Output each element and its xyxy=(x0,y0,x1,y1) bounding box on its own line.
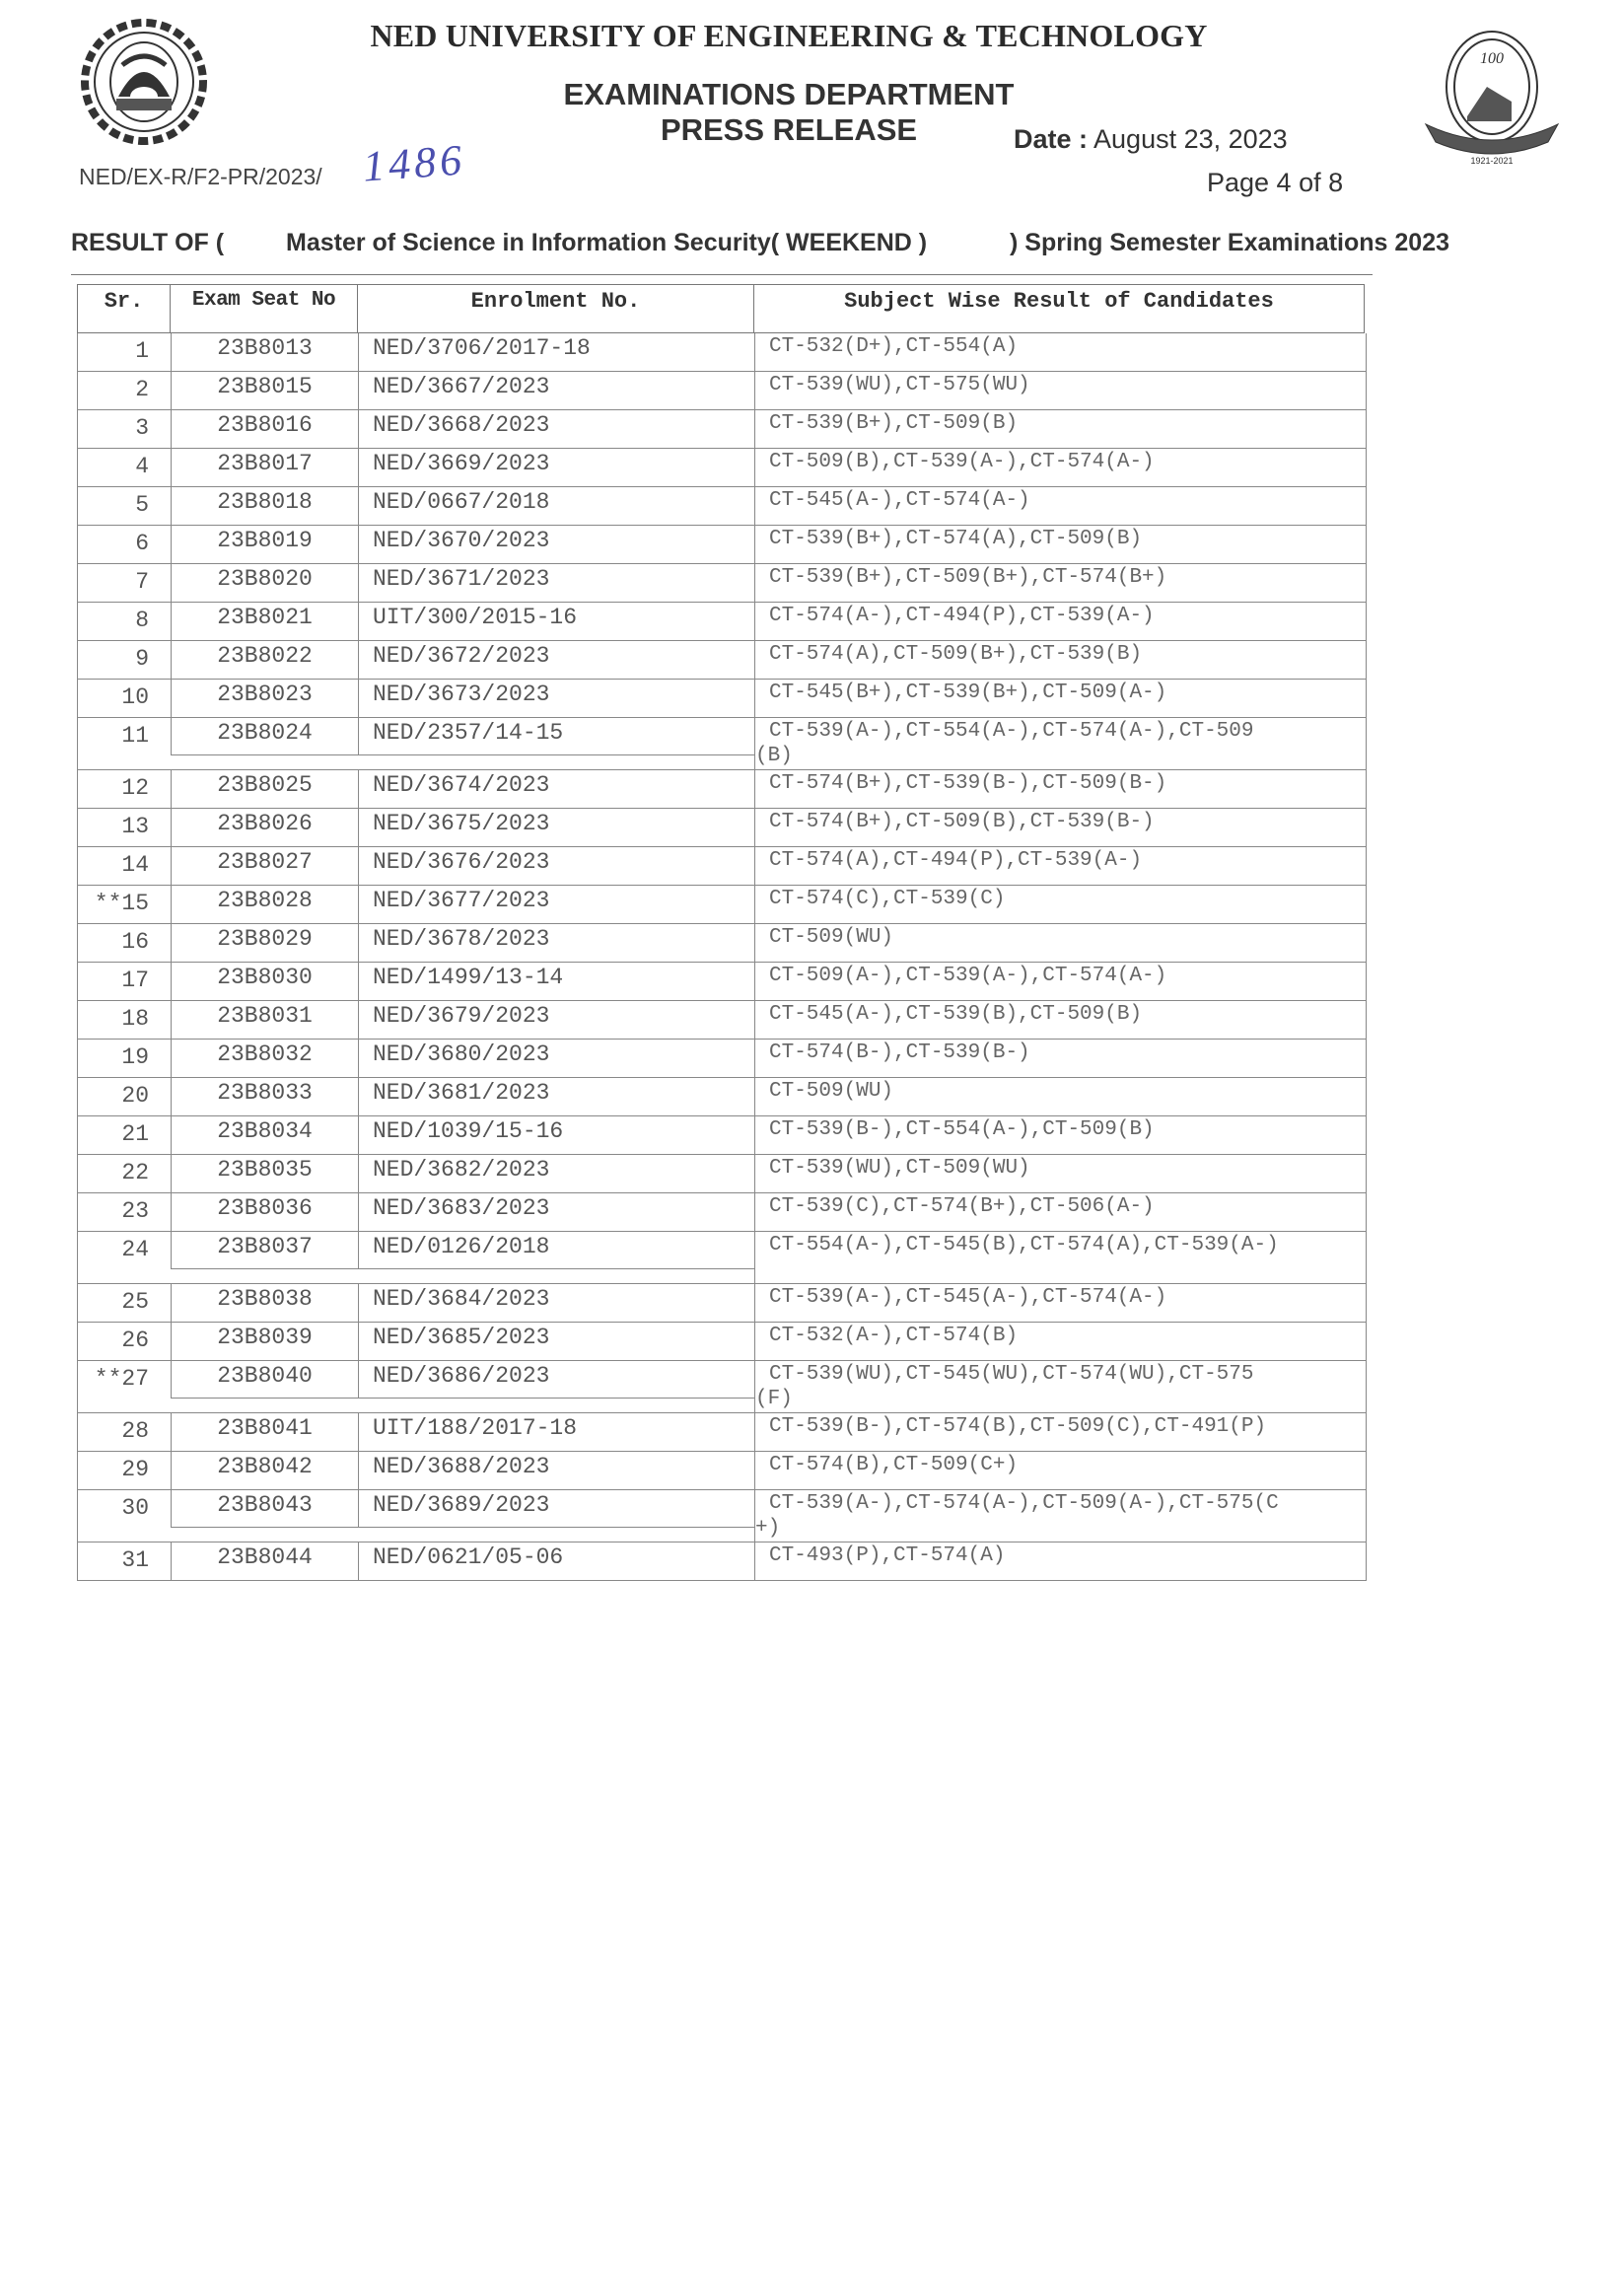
enrolment-number: NED/3675/2023 xyxy=(358,809,754,846)
enrolment-number: NED/3671/2023 xyxy=(358,564,754,602)
results-table: Sr. Exam Seat No Enrolment No. Subject W… xyxy=(77,284,1367,1581)
subject-results: CT-574(A),CT-509(B+),CT-539(B) xyxy=(754,641,1366,679)
subject-results: CT-574(A),CT-494(P),CT-539(A-) xyxy=(754,847,1366,885)
exam-seat-number: 23B8029 xyxy=(171,924,358,962)
table-row: 11 23B8024 NED/2357/14-15 CT-539(A-),CT-… xyxy=(77,718,1367,770)
ned-university-crest-icon xyxy=(73,18,215,146)
table-row: 18 23B8031 NED/3679/2023 CT-545(A-),CT-5… xyxy=(77,1001,1367,1040)
table-row: 26 23B8039 NED/3685/2023 CT-532(A-),CT-5… xyxy=(77,1323,1367,1361)
subject-results: CT-574(C),CT-539(C) xyxy=(754,886,1366,923)
subject-results: CT-493(P),CT-574(A) xyxy=(754,1543,1366,1580)
enrolment-number: NED/1039/15-16 xyxy=(358,1116,754,1154)
serial-number: 17 xyxy=(78,963,171,1000)
serial-number: 25 xyxy=(78,1284,171,1322)
subject-results-text: CT-539(B+),CT-574(A),CT-509(B) xyxy=(769,527,1302,551)
serial-number: 13 xyxy=(78,809,171,846)
exam-seat-number: 23B8023 xyxy=(171,680,358,717)
serial-number: 22 xyxy=(78,1155,171,1192)
table-row: 2 23B8015 NED/3667/2023 CT-539(WU),CT-57… xyxy=(77,372,1367,410)
handwritten-number: 1486 xyxy=(361,134,466,191)
subject-results-text: CT-554(A-),CT-545(B),CT-574(A),CT-539(A-… xyxy=(755,1233,1288,1257)
subject-results: CT-539(WU),CT-545(WU),CT-574(WU),CT-575(… xyxy=(754,1361,1366,1412)
enrolment-number: NED/3682/2023 xyxy=(358,1155,754,1192)
enrolment-number: NED/3677/2023 xyxy=(358,886,754,923)
exam-seat-number: 23B8026 xyxy=(171,809,358,846)
subject-results-text: CT-539(WU),CT-509(WU) xyxy=(769,1156,1302,1181)
subject-results-text: CT-574(B+),CT-509(B),CT-539(B-) xyxy=(769,810,1302,834)
subject-results-text: CT-545(A-),CT-539(B),CT-509(B) xyxy=(769,1002,1302,1027)
exam-seat-number: 23B8025 xyxy=(171,770,358,808)
table-header: Sr. Exam Seat No Enrolment No. Subject W… xyxy=(77,284,1365,333)
serial-number: 16 xyxy=(78,924,171,962)
divider xyxy=(71,274,1373,275)
table-row: 13 23B8026 NED/3675/2023 CT-574(B+),CT-5… xyxy=(77,809,1367,847)
subject-results-text: CT-539(B-),CT-554(A-),CT-509(B) xyxy=(769,1117,1302,1142)
exam-seat-number: 23B8032 xyxy=(171,1040,358,1077)
subject-results-text: CT-539(WU),CT-545(WU),CT-574(WU),CT-575(… xyxy=(755,1362,1288,1411)
enrolment-number: UIT/188/2017-18 xyxy=(358,1413,754,1451)
serial-number: 11 xyxy=(78,718,171,769)
table-row: 23 23B8036 NED/3683/2023 CT-539(C),CT-57… xyxy=(77,1193,1367,1232)
exam-seat-number: 23B8042 xyxy=(171,1452,358,1489)
subject-results-text: CT-509(WU) xyxy=(769,925,1302,950)
exam-seat-number: 23B8039 xyxy=(171,1323,358,1360)
subject-results-text: CT-493(P),CT-574(A) xyxy=(769,1543,1302,1568)
subject-results: CT-539(A-),CT-545(A-),CT-574(A-) xyxy=(754,1284,1366,1322)
svg-text:1921-2021: 1921-2021 xyxy=(1470,156,1513,166)
subject-results: CT-539(C),CT-574(B+),CT-506(A-) xyxy=(754,1193,1366,1231)
subject-results: CT-539(WU),CT-509(WU) xyxy=(754,1155,1366,1192)
enrolment-number: NED/3683/2023 xyxy=(358,1193,754,1231)
exam-seat-number: 23B8044 xyxy=(171,1543,358,1580)
subject-results: CT-539(B+),CT-574(A),CT-509(B) xyxy=(754,526,1366,563)
subject-results-text: CT-539(A-),CT-574(A-),CT-509(A-),CT-575(… xyxy=(755,1491,1288,1541)
enrolment-number: NED/0621/05-06 xyxy=(358,1543,754,1580)
ned-centenary-seal-icon: 100 1921-2021 xyxy=(1418,28,1566,168)
exam-seat-number: 23B8030 xyxy=(171,963,358,1000)
exam-seat-number: 23B8034 xyxy=(171,1116,358,1154)
exam-seat-number: 23B8036 xyxy=(171,1193,358,1231)
subject-results-text: CT-574(B-),CT-539(B-) xyxy=(769,1040,1302,1065)
serial-number: **15 xyxy=(78,886,171,923)
enrolment-number: NED/0126/2018 xyxy=(358,1232,754,1269)
enrolment-number: NED/3678/2023 xyxy=(358,924,754,962)
subject-results: CT-554(A-),CT-545(B),CT-574(A),CT-539(A-… xyxy=(754,1232,1366,1283)
result-of-label: RESULT OF ( xyxy=(71,229,224,257)
enrolment-number: NED/3669/2023 xyxy=(358,449,754,486)
subject-results-text: CT-574(B),CT-509(C+) xyxy=(769,1453,1302,1477)
subject-results: CT-539(A-),CT-574(A-),CT-509(A-),CT-575(… xyxy=(754,1490,1366,1542)
table-row: 21 23B8034 NED/1039/15-16 CT-539(B-),CT-… xyxy=(77,1116,1367,1155)
enrolment-number: NED/2357/14-15 xyxy=(358,718,754,755)
subject-results-text: CT-539(B+),CT-509(B+),CT-574(B+) xyxy=(769,565,1302,590)
subject-results-text: CT-574(A),CT-494(P),CT-539(A-) xyxy=(769,848,1302,873)
subject-results-text: CT-574(C),CT-539(C) xyxy=(769,887,1302,911)
exam-seat-number: 23B8043 xyxy=(171,1490,358,1528)
subject-results: CT-509(WU) xyxy=(754,1078,1366,1115)
serial-number: 2 xyxy=(78,372,171,409)
subject-results: CT-539(B-),CT-554(A-),CT-509(B) xyxy=(754,1116,1366,1154)
exam-seat-number: 23B8019 xyxy=(171,526,358,563)
serial-number: 26 xyxy=(78,1323,171,1360)
serial-number: 18 xyxy=(78,1001,171,1039)
subject-results-text: CT-539(WU),CT-575(WU) xyxy=(769,373,1302,397)
serial-number: 20 xyxy=(78,1078,171,1115)
serial-number: 6 xyxy=(78,526,171,563)
serial-number: 10 xyxy=(78,680,171,717)
university-title: NED UNIVERSITY OF ENGINEERING & TECHNOLO… xyxy=(296,18,1282,54)
subject-results: CT-539(WU),CT-575(WU) xyxy=(754,372,1366,409)
subject-results-text: CT-539(B-),CT-574(B),CT-509(C),CT-491(P) xyxy=(769,1414,1302,1439)
table-body: 1 23B8013 NED/3706/2017-18 CT-532(D+),CT… xyxy=(77,333,1367,1581)
serial-number: 23 xyxy=(78,1193,171,1231)
enrolment-number: NED/3679/2023 xyxy=(358,1001,754,1039)
subject-results: CT-574(B+),CT-509(B),CT-539(B-) xyxy=(754,809,1366,846)
enrolment-number: NED/3676/2023 xyxy=(358,847,754,885)
exam-seat-number: 23B8021 xyxy=(171,603,358,640)
column-header-sr: Sr. xyxy=(78,285,171,332)
program-name: Master of Science in Information Securit… xyxy=(286,229,927,257)
enrolment-number: NED/3673/2023 xyxy=(358,680,754,717)
table-row: 4 23B8017 NED/3669/2023 CT-509(B),CT-539… xyxy=(77,449,1367,487)
serial-number: 7 xyxy=(78,564,171,602)
enrolment-number: NED/3706/2017-18 xyxy=(358,333,754,371)
table-row: 25 23B8038 NED/3684/2023 CT-539(A-),CT-5… xyxy=(77,1284,1367,1323)
serial-number: 3 xyxy=(78,410,171,448)
table-row: 31 23B8044 NED/0621/05-06 CT-493(P),CT-5… xyxy=(77,1543,1367,1581)
enrolment-number: NED/3680/2023 xyxy=(358,1040,754,1077)
subject-results: CT-539(A-),CT-554(A-),CT-574(A-),CT-509(… xyxy=(754,718,1366,769)
subject-results-text: CT-539(B+),CT-509(B) xyxy=(769,411,1302,436)
exam-seat-number: 23B8038 xyxy=(171,1284,358,1322)
subject-results: CT-545(B+),CT-539(B+),CT-509(A-) xyxy=(754,680,1366,717)
subject-results: CT-509(A-),CT-539(A-),CT-574(A-) xyxy=(754,963,1366,1000)
reference-number: NED/EX-R/F2-PR/2023/ xyxy=(79,164,322,190)
date-label: Date : xyxy=(1014,124,1088,154)
serial-number: 31 xyxy=(78,1543,171,1580)
document-type: PRESS RELEASE xyxy=(592,112,986,148)
exam-seat-number: 23B8027 xyxy=(171,847,358,885)
serial-number: 24 xyxy=(78,1232,171,1283)
subject-results: CT-509(WU) xyxy=(754,924,1366,962)
serial-number: **27 xyxy=(78,1361,171,1412)
enrolment-number: NED/3684/2023 xyxy=(358,1284,754,1322)
subject-results-text: CT-532(D+),CT-554(A) xyxy=(769,334,1302,359)
exam-seat-number: 23B8018 xyxy=(171,487,358,525)
subject-results: CT-539(B+),CT-509(B) xyxy=(754,410,1366,448)
subject-results-text: CT-574(A),CT-509(B+),CT-539(B) xyxy=(769,642,1302,667)
subject-results-text: CT-509(WU) xyxy=(769,1079,1302,1104)
table-row: 9 23B8022 NED/3672/2023 CT-574(A),CT-509… xyxy=(77,641,1367,680)
subject-results: CT-509(B),CT-539(A-),CT-574(A-) xyxy=(754,449,1366,486)
enrolment-number: UIT/300/2015-16 xyxy=(358,603,754,640)
subject-results-text: CT-574(A-),CT-494(P),CT-539(A-) xyxy=(769,604,1302,628)
column-header-enrolment: Enrolment No. xyxy=(358,285,754,332)
serial-number: 28 xyxy=(78,1413,171,1451)
table-row: 7 23B8020 NED/3671/2023 CT-539(B+),CT-50… xyxy=(77,564,1367,603)
table-row: **27 23B8040 NED/3686/2023 CT-539(WU),CT… xyxy=(77,1361,1367,1413)
table-row: 5 23B8018 NED/0667/2018 CT-545(A-),CT-57… xyxy=(77,487,1367,526)
date-value: August 23, 2023 xyxy=(1093,124,1288,154)
enrolment-number: NED/3681/2023 xyxy=(358,1078,754,1115)
subject-results-text: CT-539(A-),CT-554(A-),CT-574(A-),CT-509(… xyxy=(755,719,1288,768)
table-row: 28 23B8041 UIT/188/2017-18 CT-539(B-),CT… xyxy=(77,1413,1367,1452)
exam-seat-number: 23B8024 xyxy=(171,718,358,755)
svg-text:100: 100 xyxy=(1480,50,1504,67)
subject-results-text: CT-509(A-),CT-539(A-),CT-574(A-) xyxy=(769,964,1302,988)
exam-seat-number: 23B8037 xyxy=(171,1232,358,1269)
subject-results-text: CT-532(A-),CT-574(B) xyxy=(769,1324,1302,1348)
subject-results: CT-545(A-),CT-574(A-) xyxy=(754,487,1366,525)
enrolment-number: NED/3689/2023 xyxy=(358,1490,754,1528)
subject-results-text: CT-539(C),CT-574(B+),CT-506(A-) xyxy=(769,1194,1302,1219)
subject-results-text: CT-545(B+),CT-539(B+),CT-509(A-) xyxy=(769,681,1302,705)
serial-number: 19 xyxy=(78,1040,171,1077)
enrolment-number: NED/1499/13-14 xyxy=(358,963,754,1000)
enrolment-number: NED/3667/2023 xyxy=(358,372,754,409)
table-row: 6 23B8019 NED/3670/2023 CT-539(B+),CT-57… xyxy=(77,526,1367,564)
subject-results-text: CT-509(B),CT-539(A-),CT-574(A-) xyxy=(769,450,1302,474)
serial-number: 9 xyxy=(78,641,171,679)
table-row: 29 23B8042 NED/3688/2023 CT-574(B),CT-50… xyxy=(77,1452,1367,1490)
serial-number: 21 xyxy=(78,1116,171,1154)
subject-results: CT-574(B+),CT-539(B-),CT-509(B-) xyxy=(754,770,1366,808)
table-row: 17 23B8030 NED/1499/13-14 CT-509(A-),CT-… xyxy=(77,963,1367,1001)
enrolment-number: NED/0667/2018 xyxy=(358,487,754,525)
exam-seat-number: 23B8017 xyxy=(171,449,358,486)
semester-label: ) Spring Semester Examinations 2023 xyxy=(1010,229,1449,257)
exam-seat-number: 23B8016 xyxy=(171,410,358,448)
subject-results: CT-539(B-),CT-574(B),CT-509(C),CT-491(P) xyxy=(754,1413,1366,1451)
department-title: EXAMINATIONS DEPARTMENT xyxy=(532,77,1045,112)
exam-seat-number: 23B8031 xyxy=(171,1001,358,1039)
table-row: 24 23B8037 NED/0126/2018 CT-554(A-),CT-5… xyxy=(77,1232,1367,1284)
serial-number: 29 xyxy=(78,1452,171,1489)
table-row: 10 23B8023 NED/3673/2023 CT-545(B+),CT-5… xyxy=(77,680,1367,718)
enrolment-number: NED/3668/2023 xyxy=(358,410,754,448)
subject-results: CT-574(B-),CT-539(B-) xyxy=(754,1040,1366,1077)
exam-seat-number: 23B8015 xyxy=(171,372,358,409)
exam-seat-number: 23B8022 xyxy=(171,641,358,679)
table-row: 30 23B8043 NED/3689/2023 CT-539(A-),CT-5… xyxy=(77,1490,1367,1543)
enrolment-number: NED/3670/2023 xyxy=(358,526,754,563)
exam-seat-number: 23B8033 xyxy=(171,1078,358,1115)
subject-results: CT-539(B+),CT-509(B+),CT-574(B+) xyxy=(754,564,1366,602)
enrolment-number: NED/3674/2023 xyxy=(358,770,754,808)
subject-results-text: CT-574(B+),CT-539(B-),CT-509(B-) xyxy=(769,771,1302,796)
exam-seat-number: 23B8040 xyxy=(171,1361,358,1399)
serial-number: 8 xyxy=(78,603,171,640)
table-row: 19 23B8032 NED/3680/2023 CT-574(B-),CT-5… xyxy=(77,1040,1367,1078)
subject-results-text: CT-539(A-),CT-545(A-),CT-574(A-) xyxy=(769,1285,1302,1310)
subject-results: CT-545(A-),CT-539(B),CT-509(B) xyxy=(754,1001,1366,1039)
table-row: 22 23B8035 NED/3682/2023 CT-539(WU),CT-5… xyxy=(77,1155,1367,1193)
serial-number: 5 xyxy=(78,487,171,525)
serial-number: 30 xyxy=(78,1490,171,1542)
table-row: 14 23B8027 NED/3676/2023 CT-574(A),CT-49… xyxy=(77,847,1367,886)
serial-number: 1 xyxy=(78,333,171,371)
exam-seat-number: 23B8035 xyxy=(171,1155,358,1192)
table-row: 1 23B8013 NED/3706/2017-18 CT-532(D+),CT… xyxy=(77,333,1367,372)
table-row: **15 23B8028 NED/3677/2023 CT-574(C),CT-… xyxy=(77,886,1367,924)
enrolment-number: NED/3685/2023 xyxy=(358,1323,754,1360)
serial-number: 4 xyxy=(78,449,171,486)
exam-seat-number: 23B8020 xyxy=(171,564,358,602)
table-row: 16 23B8029 NED/3678/2023 CT-509(WU) xyxy=(77,924,1367,963)
table-row: 3 23B8016 NED/3668/2023 CT-539(B+),CT-50… xyxy=(77,410,1367,449)
subject-results-text: CT-545(A-),CT-574(A-) xyxy=(769,488,1302,513)
column-header-seat: Exam Seat No xyxy=(171,285,358,332)
subject-results: CT-574(A-),CT-494(P),CT-539(A-) xyxy=(754,603,1366,640)
enrolment-number: NED/3686/2023 xyxy=(358,1361,754,1399)
date-line: Date : August 23, 2023 xyxy=(1014,124,1288,155)
enrolment-number: NED/3672/2023 xyxy=(358,641,754,679)
subject-results: CT-574(B),CT-509(C+) xyxy=(754,1452,1366,1489)
page-number: Page 4 of 8 xyxy=(1207,168,1343,198)
table-row: 8 23B8021 UIT/300/2015-16 CT-574(A-),CT-… xyxy=(77,603,1367,641)
serial-number: 12 xyxy=(78,770,171,808)
subject-results: CT-532(D+),CT-554(A) xyxy=(754,333,1366,371)
column-header-result: Subject Wise Result of Candidates xyxy=(754,285,1364,332)
enrolment-number: NED/3688/2023 xyxy=(358,1452,754,1489)
serial-number: 14 xyxy=(78,847,171,885)
table-row: 20 23B8033 NED/3681/2023 CT-509(WU) xyxy=(77,1078,1367,1116)
exam-seat-number: 23B8028 xyxy=(171,886,358,923)
exam-seat-number: 23B8013 xyxy=(171,333,358,371)
exam-seat-number: 23B8041 xyxy=(171,1413,358,1451)
table-row: 12 23B8025 NED/3674/2023 CT-574(B+),CT-5… xyxy=(77,770,1367,809)
subject-results: CT-532(A-),CT-574(B) xyxy=(754,1323,1366,1360)
